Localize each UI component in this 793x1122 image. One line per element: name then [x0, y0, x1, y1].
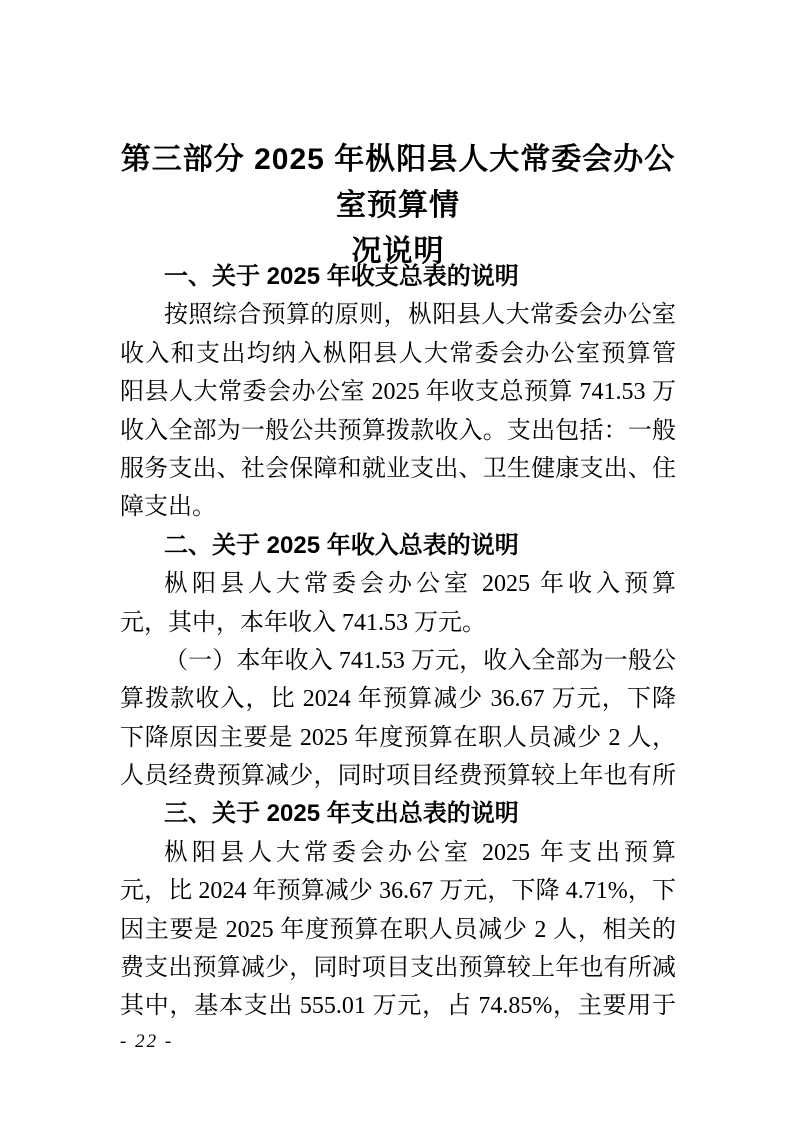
text-line: 枞阳县人大常委会办公室 2025 年收入预算 741.53 万 — [120, 565, 676, 603]
text-line: 障支出。 — [120, 488, 676, 526]
text-line: 因主要是 2025 年度预算在职人员减少 2 人，相关的人员经 — [120, 911, 676, 949]
text-line: 算拨款收入，比 2024 年预算减少 36.67 万元，下降 4.71%， — [120, 680, 676, 718]
document-title-line-1: 第三部分 2025 年枞阳县人大常委会办公室预算情 — [120, 137, 676, 229]
text-line: 其中，基本支出 555.01 万元，占 74.85%，主要用于保障 — [120, 987, 676, 1025]
text-line: 按照综合预算的原则，枞阳县人大常委会办公室所有 — [120, 296, 676, 334]
section-heading: 二、关于 2025 年收入总表的说明 — [120, 527, 676, 565]
text-line: 收入全部为一般公共预算拨款收入。支出包括：一般公共 — [120, 412, 676, 450]
page-number: - 22 - — [120, 1031, 173, 1053]
text-line: 费支出预算减少，同时项目支出预算较上年也有所减少。 — [120, 949, 676, 987]
section-heading: 一、关于 2025 年收支总表的说明 — [120, 258, 676, 296]
text-line: 下降原因主要是 2025 年度预算在职人员减少 2 人，相关的 — [120, 719, 676, 757]
text-line: 服务支出、社会保障和就业支出、卫生健康支出、住房保 — [120, 450, 676, 488]
text-line: 人员经费预算减少，同时项目经费预算较上年也有所减少。 — [120, 757, 676, 795]
document-title: 第三部分 2025 年枞阳县人大常委会办公室预算情 况说明 — [120, 137, 676, 275]
text-line: 元，比 2024 年预算减少 36.67 万元，下降 4.71%，下降原 — [120, 872, 676, 910]
section-heading: 三、关于 2025 年支出总表的说明 — [120, 795, 676, 833]
document-body: 一、关于 2025 年收支总表的说明按照综合预算的原则，枞阳县人大常委会办公室所… — [120, 258, 676, 1026]
text-line: 枞阳县人大常委会办公室 2025 年支出预算 741.53 万 — [120, 834, 676, 872]
document-page: 第三部分 2025 年枞阳县人大常委会办公室预算情 况说明 一、关于 2025 … — [0, 0, 793, 1122]
text-line: 收入和支出均纳入枞阳县人大常委会办公室预算管理。枞 — [120, 335, 676, 373]
text-line: 阳县人大常委会办公室 2025 年收支总预算 741.53 万元， — [120, 373, 676, 411]
text-line: 元，其中，本年收入 741.53 万元。 — [120, 604, 676, 642]
text-line: （一）本年收入 741.53 万元，收入全部为一般公共预 — [120, 642, 676, 680]
